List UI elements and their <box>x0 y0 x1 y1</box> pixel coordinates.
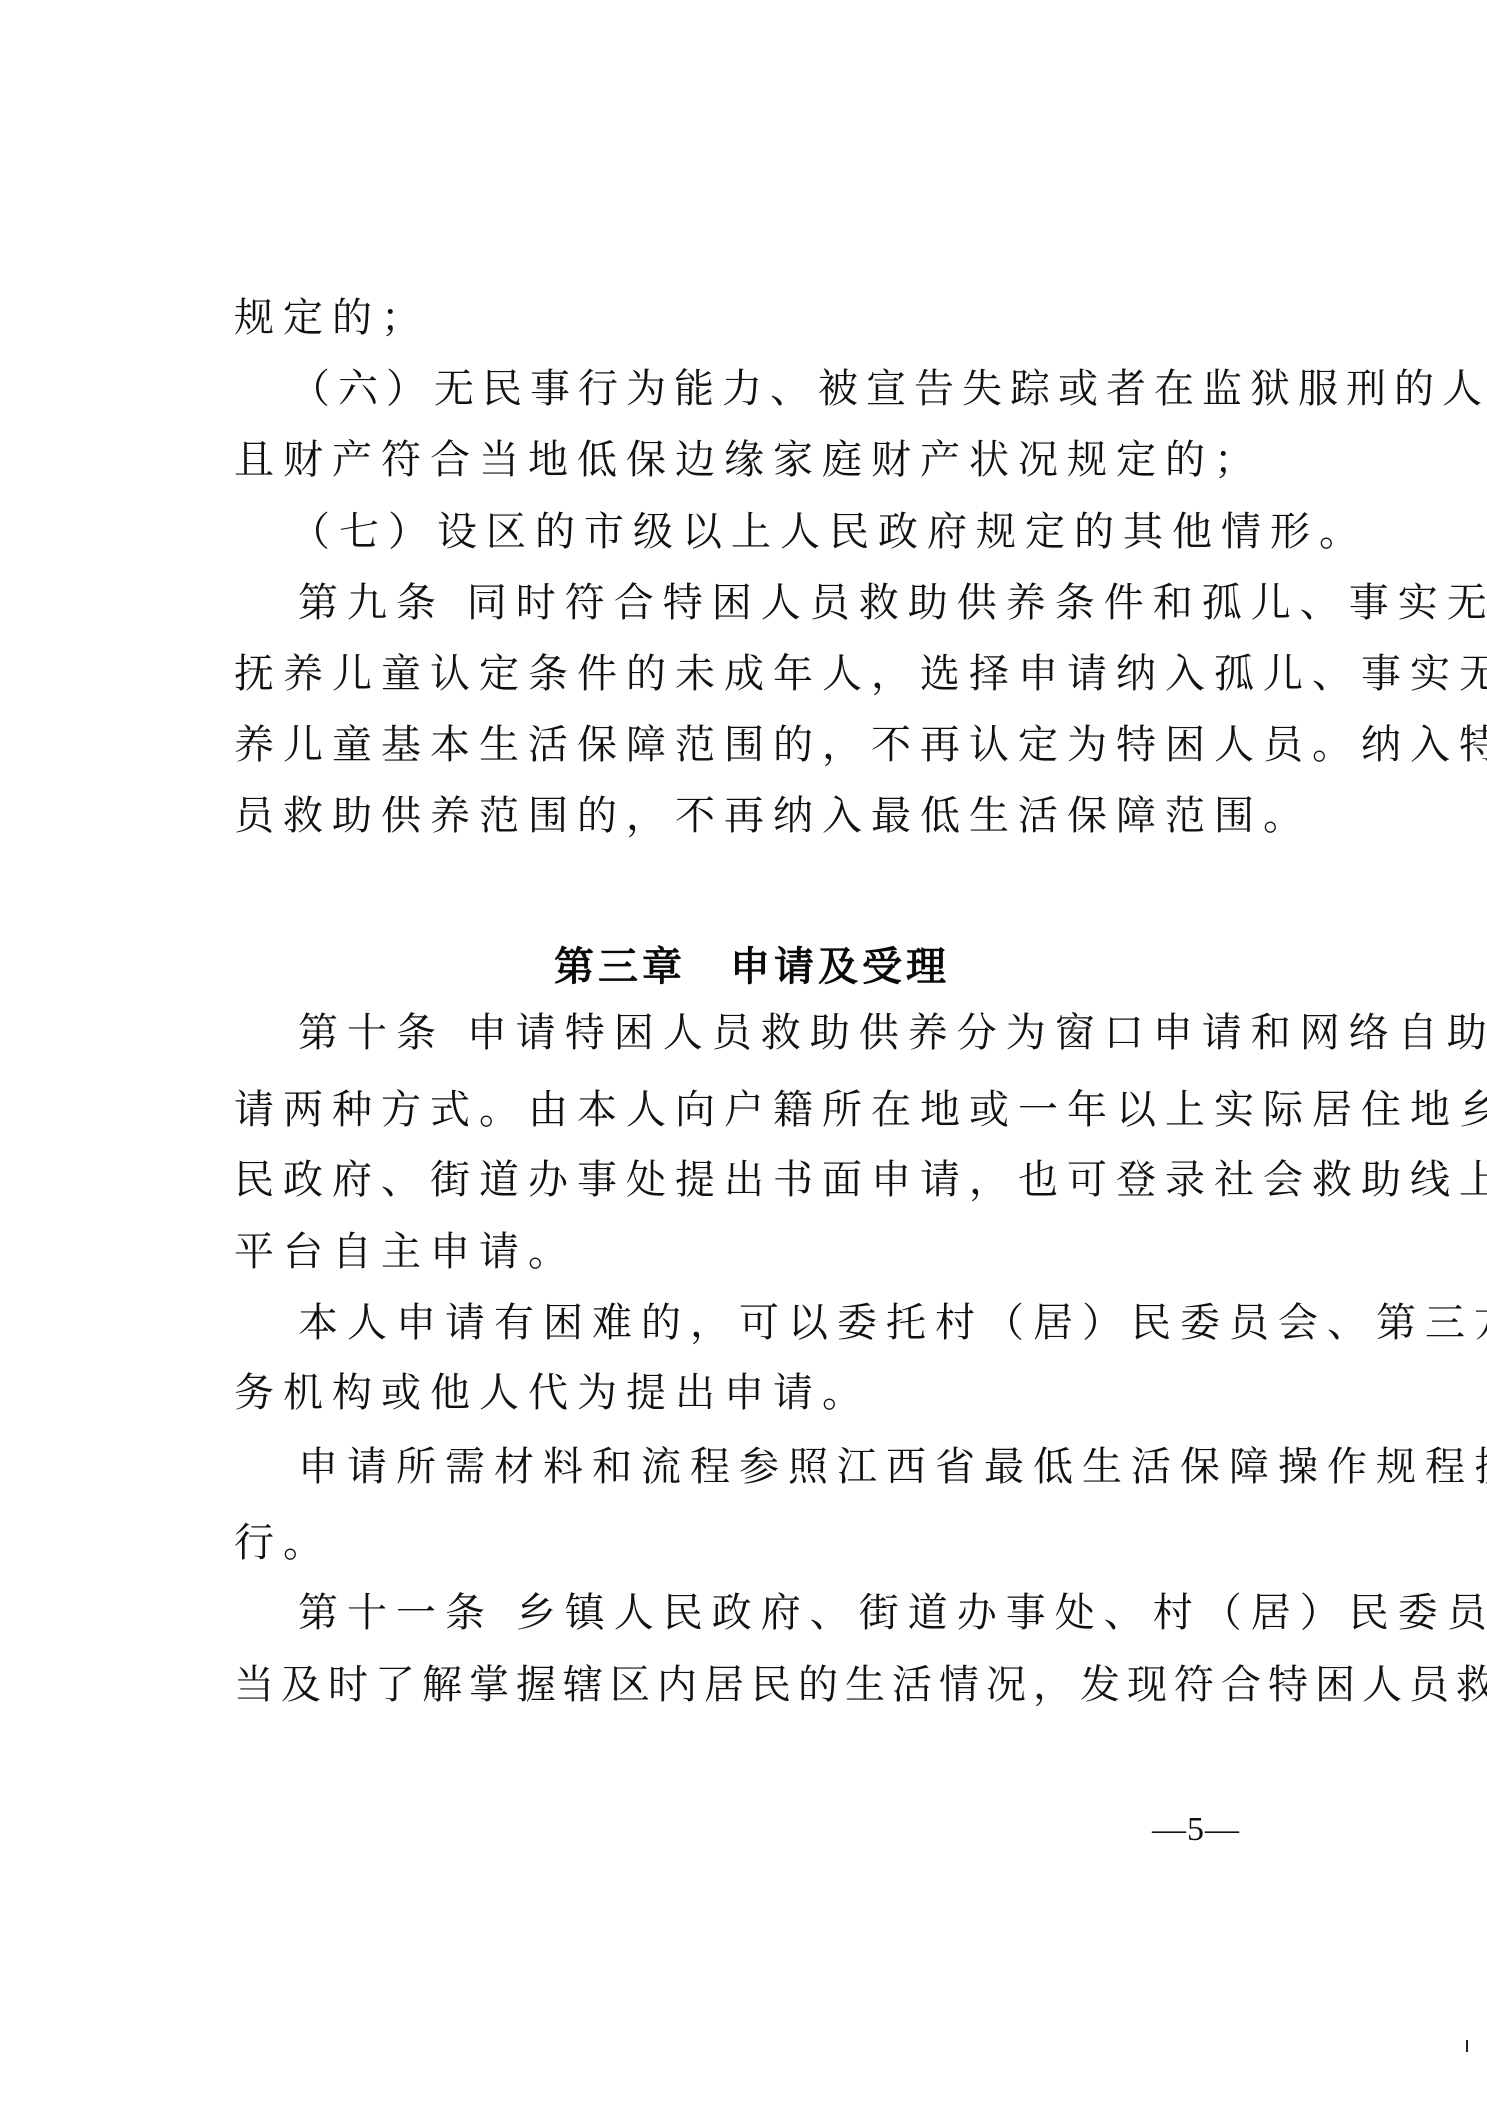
paragraph-line: 员救助供养范围的，不再纳入最低生活保障范围。 <box>234 791 1274 841</box>
paragraph-line: 且财产符合当地低保边缘家庭财产状况规定的； <box>234 435 1274 485</box>
paragraph-line: 养儿童基本生活保障范围的，不再认定为特困人员。纳入特困人 <box>234 720 1274 770</box>
paragraph-line: 申请所需材料和流程参照江西省最低生活保障操作规程执 <box>298 1442 1338 1492</box>
paragraph-line: 规定的； <box>234 293 1274 343</box>
document-page: 规定的； （六）无民事行为能力、被宣告失踪或者在监狱服刑的人员， 且财产符合当地… <box>0 0 1487 2105</box>
scan-mark <box>1466 2040 1468 2052</box>
page-number: —5— <box>1152 1810 1240 1850</box>
paragraph-line: 第九条 同时符合特困人员救助供养条件和孤儿、事实无人 <box>298 578 1338 628</box>
paragraph-line: 请两种方式。由本人向户籍所在地或一年以上实际居住地乡镇人 <box>234 1085 1274 1135</box>
paragraph-line: 第十一条 乡镇人民政府、街道办事处、村（居）民委员会应 <box>298 1588 1338 1638</box>
paragraph-line: 行。 <box>234 1518 1274 1568</box>
paragraph-line: 本人申请有困难的，可以委托村（居）民委员会、第三方服 <box>298 1298 1338 1348</box>
paragraph-line: 平台自主申请。 <box>234 1227 1274 1277</box>
paragraph-line: 民政府、街道办事处提出书面申请，也可登录社会救助线上服务 <box>234 1155 1274 1205</box>
paragraph-line: 抚养儿童认定条件的未成年人，选择申请纳入孤儿、事实无人抚 <box>234 649 1274 699</box>
paragraph-line: 务机构或他人代为提出申请。 <box>234 1368 1274 1418</box>
paragraph-line: 第十条 申请特困人员救助供养分为窗口申请和网络自助申 <box>298 1008 1338 1058</box>
chapter-heading: 第三章 申请及受理 <box>0 942 1487 992</box>
paragraph-line: 当及时了解掌握辖区内居民的生活情况，发现符合特困人员救助供 <box>234 1660 1274 1710</box>
paragraph-line: （六）无民事行为能力、被宣告失踪或者在监狱服刑的人员， <box>290 364 1330 414</box>
paragraph-line: （七）设区的市级以上人民政府规定的其他情形。 <box>290 507 1330 557</box>
